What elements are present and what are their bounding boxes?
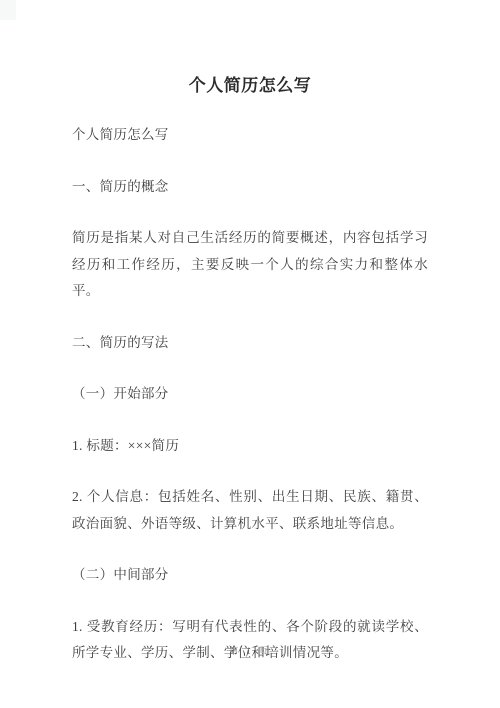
corner-scan-artifact — [0, 0, 16, 20]
paragraph-section-1-heading: 一、简历的概念 — [72, 174, 428, 201]
document-page: 个人简历怎么写 个人简历怎么写 一、简历的概念 简历是指某人对自己生活经历的简要… — [0, 0, 500, 708]
paragraph-item-education: 1. 受教育经历：写明有代表性的、各个阶段的就读学校、所学专业、学历、学制、学位… — [72, 614, 428, 667]
paragraph-subsection-start: （一）开始部分 — [72, 381, 428, 408]
paragraph-section-1-body: 简历是指某人对自己生活经历的简要概述，内容包括学习经历和工作经历，主要反映一个人… — [72, 225, 428, 305]
paragraph-subsection-middle: （二）中间部分 — [72, 562, 428, 589]
paragraph-section-2-heading: 二、简历的写法 — [72, 330, 428, 357]
paragraph-intro: 个人简历怎么写 — [72, 122, 428, 149]
document-body: 个人简历怎么写 一、简历的概念 简历是指某人对自己生活经历的简要概述，内容包括学… — [0, 122, 500, 667]
document-title: 个人简历怎么写 — [0, 0, 500, 96]
paragraph-item-personal-info: 2. 个人信息：包括姓名、性别、出生日期、民族、籍贯、政治面貌、外语等级、计算机… — [72, 484, 428, 537]
paragraph-item-title: 1. 标题：×××简历 — [72, 433, 428, 460]
page-number: 第 1 页 — [0, 645, 500, 657]
